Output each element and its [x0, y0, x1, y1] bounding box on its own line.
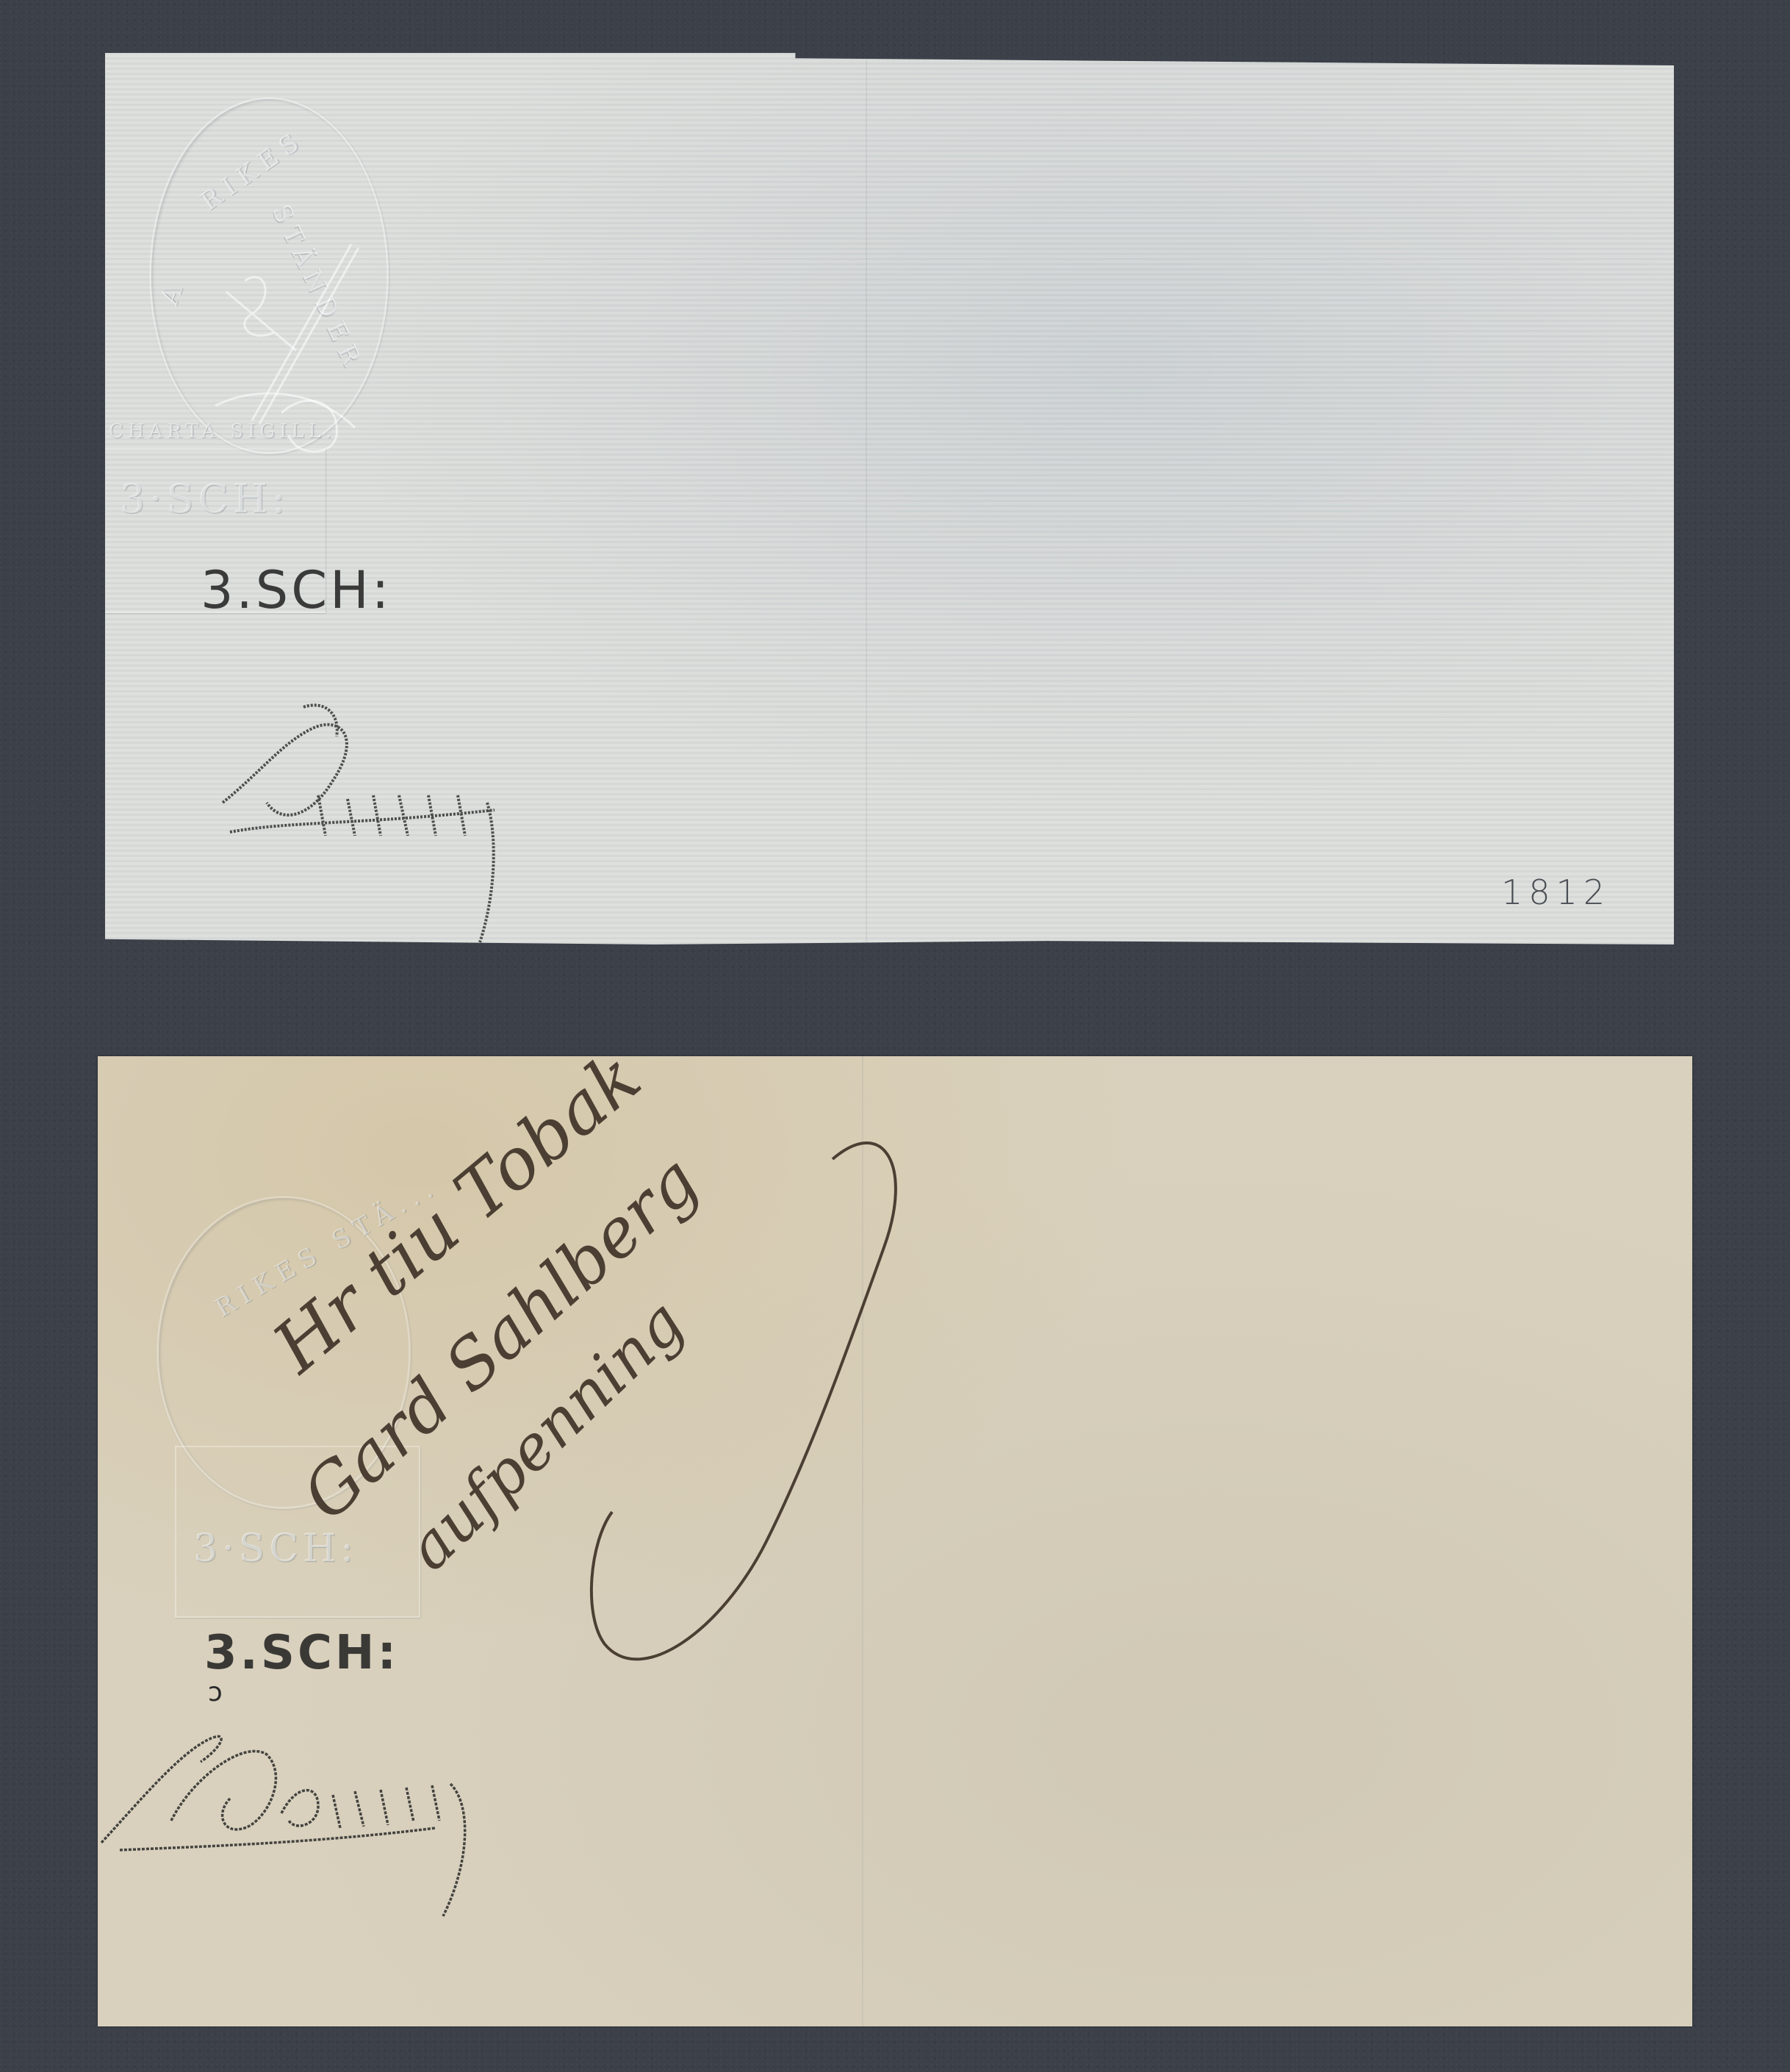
signature-scribble-icon: [98, 1696, 539, 1931]
stamped-value: 3.SCH:: [201, 560, 392, 620]
paper-fold-line: [866, 53, 867, 944]
signature-scribble-icon: [215, 692, 524, 972]
embossed-caption: CHARTA SIGILL.: [109, 420, 336, 442]
bottom-document: RIKES STÄ... 3·SCH: 3.SCH: ɔ Bonner Hr t…: [98, 1056, 1692, 2026]
embossed-value: 3·SCH:: [193, 1527, 358, 1571]
handwriting-flourish-icon: [502, 1100, 943, 1703]
embossed-value: 3·SCH:: [120, 476, 290, 522]
pencil-year-note: 1812: [1501, 872, 1611, 912]
top-document: A RIKES STÄNDER CHARTA SIGILL. 3·SCH: 3.…: [105, 53, 1674, 944]
stamped-value: 3.SCH:: [204, 1626, 399, 1680]
